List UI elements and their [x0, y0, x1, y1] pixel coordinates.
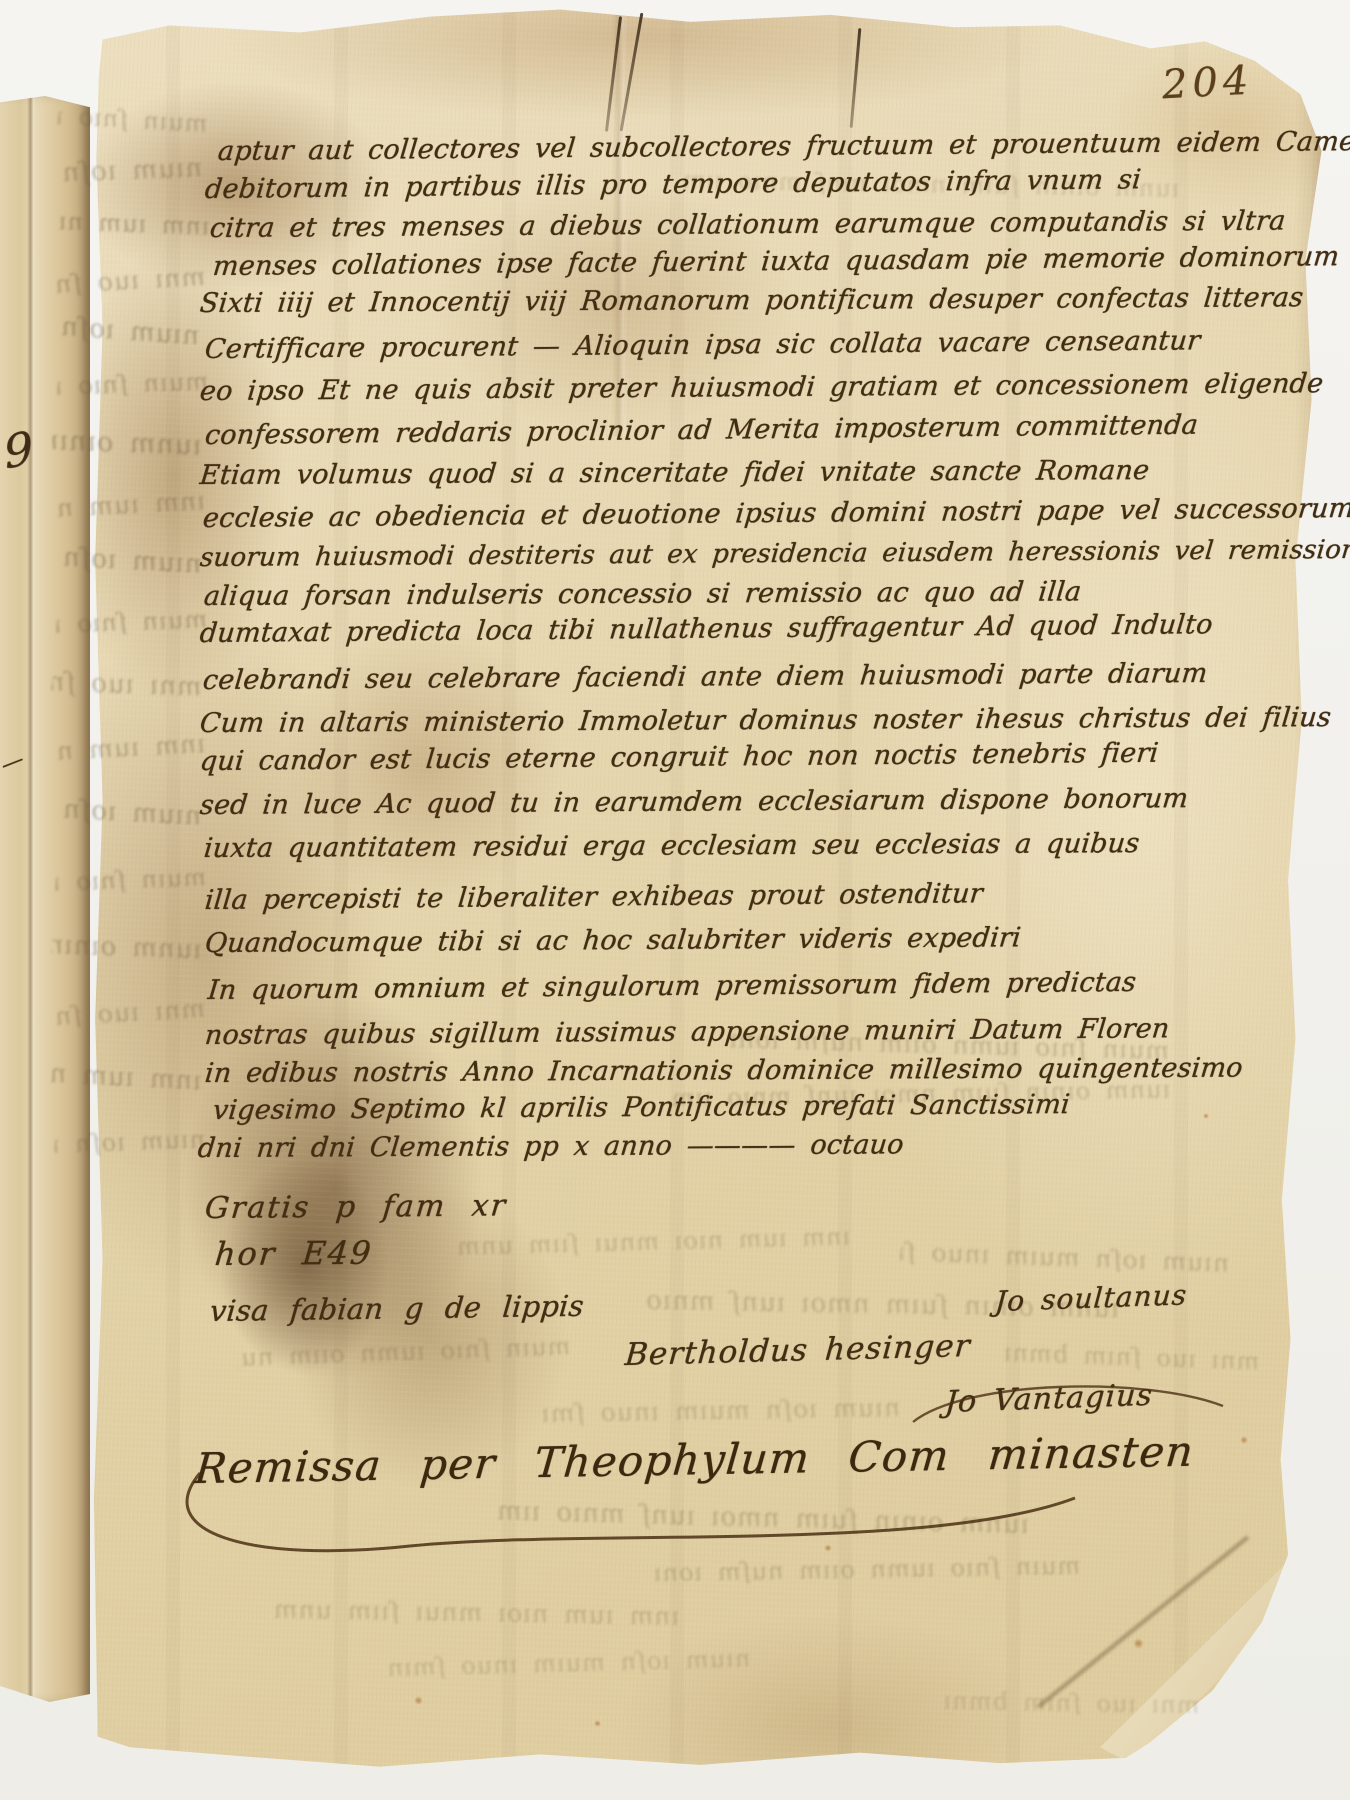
manuscript-line: In quorum omnium et singulorum premissor…	[207, 969, 1138, 1004]
manuscript-line: ecclesie ac obediencia et deuotione ipsi…	[202, 495, 1350, 532]
manuscript-line: Cum in altaris ministerio Immoletur domi…	[199, 704, 1333, 737]
signature-soultanus: Jo soultanus	[994, 1281, 1188, 1316]
manuscript-line: Etiam volumus quod si a sinceritate fide…	[199, 457, 1151, 489]
manuscript-line: citra et tres menses a diebus collationu…	[209, 207, 1287, 242]
manuscript-line: Sixti iiij et Innocentij viij Romanorum …	[199, 284, 1305, 317]
manuscript-line: dumtaxat predicta loca tibi nullathenus …	[199, 611, 1214, 647]
manuscript-line: celebrandi seu celebrare faciendi ante d…	[202, 660, 1209, 694]
manuscript-line: eo ipso Et ne quis absit preter huiusmod…	[199, 370, 1325, 405]
manuscript-line: vigesimo Septimo kl aprilis Pontificatus…	[212, 1091, 1071, 1124]
manuscript-line: suorum huiusmodi destiteris aut ex presi…	[199, 537, 1350, 571]
left-strip-mark: 9	[2, 424, 36, 475]
gratis-note: Gratis p fam xr	[204, 1191, 509, 1224]
handwriting-layer: aptur aut collectores vel subcollectores…	[0, 0, 1350, 1800]
manuscript-line: Certifficare procurent — Alioquin ipsa s…	[204, 327, 1202, 363]
manuscript-line: iuxta quantitatem residui erga ecclesiam…	[203, 830, 1141, 862]
manuscript-line: qui candor est lucis eterne congruit hoc…	[199, 740, 1160, 775]
manuscript-line: confessorem reddaris proclinior ad Merit…	[204, 412, 1200, 449]
manuscript-line: sed in luce Ac quod tu in earumdem eccle…	[199, 785, 1190, 819]
signature-bertholdus: Bertholdus hesinger	[624, 1331, 972, 1371]
manuscript-line: illa percepisti te liberaliter exhibeas …	[204, 880, 984, 914]
signature-vantagius: Jo Vantagius	[944, 1381, 1154, 1418]
manuscript-line: in edibus nostris Anno Incarnationis dom…	[204, 1055, 1244, 1087]
remit-line: Remissa per Theophylum Com minasten	[193, 1431, 1196, 1490]
manuscript-line: dni nri dni Clementis pp x anno ———— oct…	[197, 1131, 905, 1162]
manuscript-line: debitorum in partibus illis pro tempore …	[204, 166, 1143, 203]
manuscript-line: nostras quibus sigillum iussimus appensi…	[204, 1015, 1171, 1049]
folio-number: 204	[1161, 58, 1255, 109]
manuscript-scan: muın ſnıo ıumn oıım nuſm ıonınıum ıoſn m…	[0, 0, 1350, 1800]
manuscript-line: aliqua forsan indulseris concessio si re…	[203, 578, 1083, 610]
manuscript-line: menses collationes ipse facte fuerint iu…	[212, 243, 1341, 280]
left-strip-mark: —	[0, 748, 27, 777]
hor-note: hor E49	[213, 1237, 374, 1270]
manuscript-line: Quandocumque tibi si ac hoc salubriter v…	[204, 924, 1023, 957]
visa-note: visa fabian g de lippis	[209, 1292, 585, 1326]
manuscript-line: aptur aut collectores vel subcollectores…	[217, 128, 1350, 165]
